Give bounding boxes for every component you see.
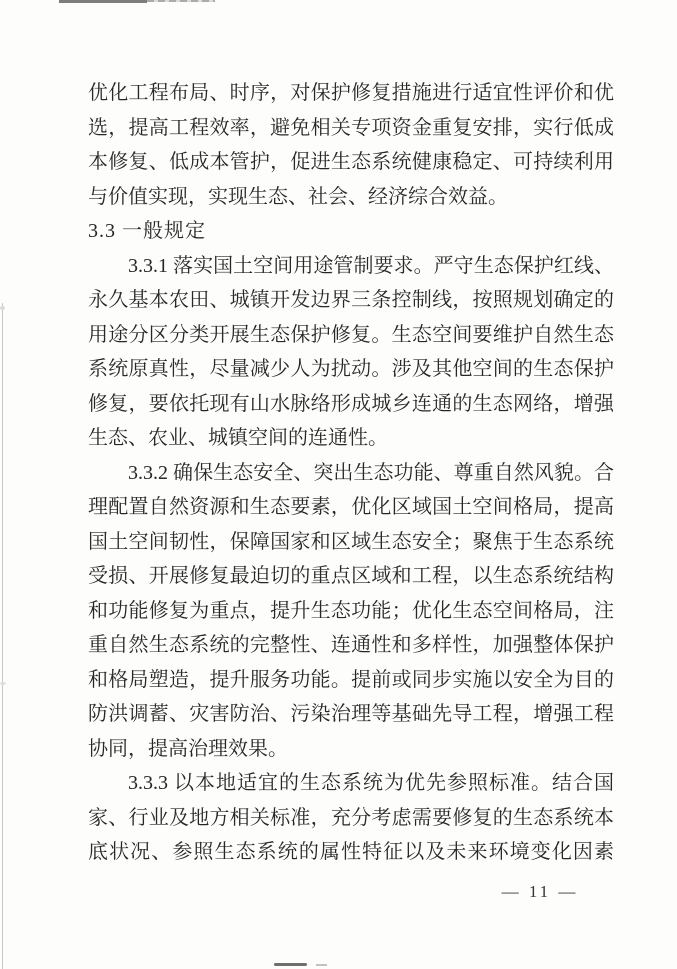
scan-artifact-top-bar — [59, 0, 147, 3]
scan-artifact-left-speck — [0, 682, 6, 685]
scan-artifact-bottom-speck — [316, 964, 327, 966]
scan-artifact-top-bar-faint — [147, 0, 215, 2]
page-body: 优化工程布局、时序，对保护修复措施进行适宜性评价和优选，提高工程效率，避免相关专… — [88, 76, 614, 876]
scan-artifact-left-edge-line — [2, 303, 3, 969]
paragraph-continuation: 优化工程布局、时序，对保护修复措施进行适宜性评价和优选，提高工程效率，避免相关专… — [88, 76, 614, 214]
scan-artifact-bottom-dash — [274, 963, 307, 966]
page-number: — 11 — — [480, 882, 600, 902]
section-heading-3-3: 3.3 一般规定 — [88, 214, 614, 249]
scanned-document-page: 优化工程布局、时序，对保护修复措施进行适宜性评价和优选，提高工程效率，避免相关专… — [0, 0, 677, 969]
clause-3-3-3: 3.3.3 以本地适宜的生态系统为优先参照标准。结合国家、行业及地方相关标准，充… — [88, 766, 614, 876]
clause-3-3-2: 3.3.2 确保生态安全、突出生态功能、尊重自然风貌。合理配置自然资源和生态要素… — [88, 456, 614, 767]
clause-3-3-1: 3.3.1 落实国土空间用途管制要求。严守生态保护红线、永久基本农田、城镇开发边… — [88, 249, 614, 456]
scan-artifact-left-speck — [0, 306, 5, 310]
